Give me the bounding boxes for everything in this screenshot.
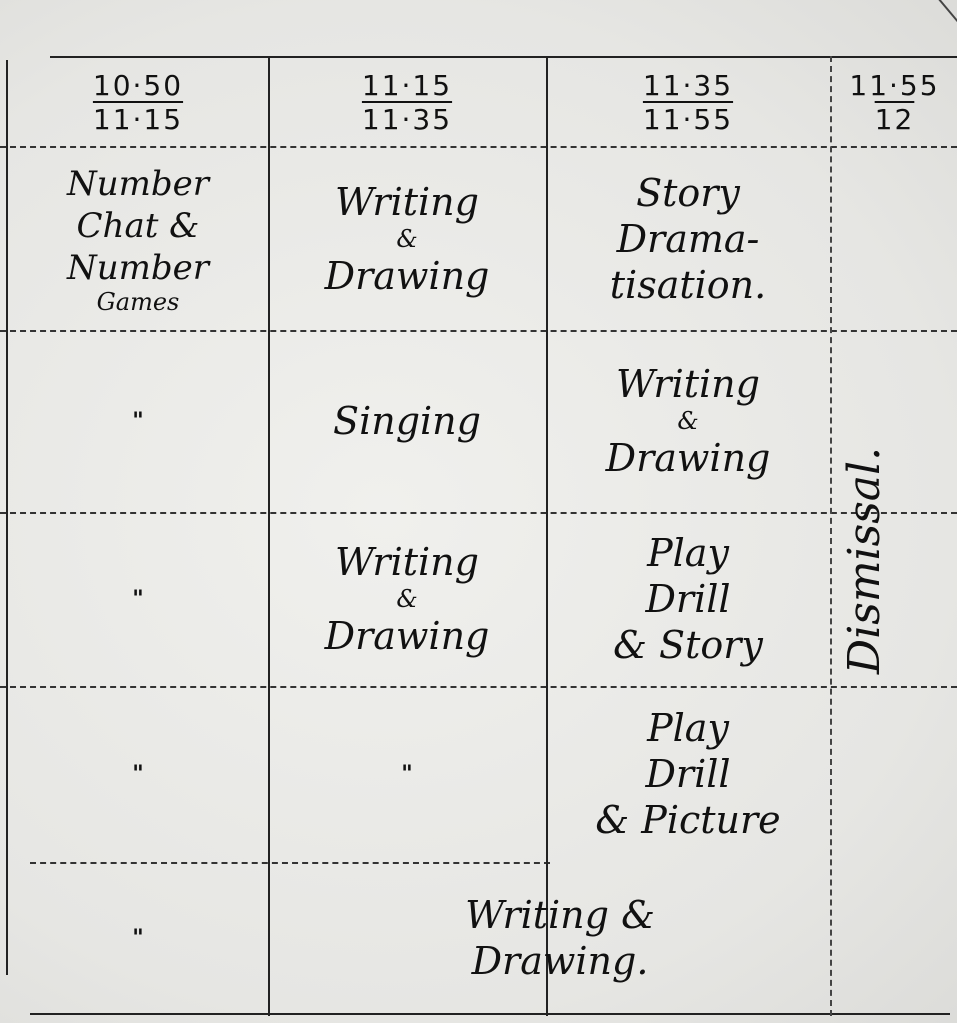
header-col-2: 11·15 11·35 (270, 62, 544, 144)
ditto-mark: " (132, 762, 143, 787)
cell-line: Drawing (606, 435, 771, 481)
cell-line: & (396, 585, 417, 613)
timetable-page: 10·50 11·15 11·15 11·35 11·35 11·55 11·5… (0, 0, 957, 1023)
cell-line: Drill (645, 751, 730, 797)
cell-line: Singing (333, 398, 481, 444)
time-to: 11·55 (643, 103, 733, 137)
header-col-3: 11·35 11·55 (548, 62, 828, 144)
cell-line: Writing (616, 361, 760, 407)
row2-col2: Singing (270, 332, 544, 510)
row4-col2-ditto: " (270, 688, 544, 860)
corner-pen-line (930, 0, 957, 36)
time-from: 10·50 (93, 69, 183, 103)
header-rule (0, 146, 957, 148)
col-divider-3 (830, 56, 832, 1016)
time-from: 11·15 (362, 69, 452, 103)
cell-line: & (677, 407, 698, 435)
cell-line: tisation. (610, 262, 766, 308)
cell-line: & (396, 225, 417, 253)
cell-line: Story (636, 170, 740, 216)
row3-col1-ditto: " (10, 514, 266, 684)
time-to: 11·35 (362, 103, 452, 137)
dismissal-column: Dismissal. (835, 330, 895, 790)
row2-col1-ditto: " (10, 332, 266, 510)
header-col-4: 11·55 12 (832, 62, 957, 144)
cell-line: Writing (335, 539, 479, 585)
cell-line: Writing & (465, 892, 655, 938)
time-to: 12 (875, 103, 915, 137)
row3-col3: Play Drill & Story (548, 514, 828, 684)
row2-col3: Writing & Drawing (548, 332, 828, 510)
ditto-mark: " (132, 926, 143, 951)
row4-col1-ditto: " (10, 688, 266, 860)
header-col-1: 10·50 11·15 (10, 62, 266, 144)
row4-col3: Play Drill & Picture (548, 688, 828, 860)
time-from: 11·35 (643, 69, 733, 103)
cell-line: Play (647, 530, 729, 576)
cell-line: Play (647, 705, 729, 751)
time-to: 11·15 (93, 103, 183, 137)
ditto-mark: " (401, 762, 412, 787)
time-from: 11·55 (849, 69, 939, 103)
cell-line: Number (67, 247, 209, 289)
ditto-mark: " (132, 587, 143, 612)
row1-col1: Number Chat & Number Games (10, 150, 266, 328)
cell-line: Drawing (325, 613, 490, 659)
cell-line: Drill (645, 576, 730, 622)
top-rule (50, 56, 957, 58)
ditto-mark: " (132, 409, 143, 434)
cell-line: Drama- (617, 216, 760, 262)
row5-col23-merged: Writing & Drawing. (370, 864, 750, 1012)
cell-line: Drawing (325, 253, 490, 299)
bottom-rule (30, 1013, 950, 1015)
row1-col3: Story Drama- tisation. (548, 150, 828, 328)
cell-line: Drawing. (472, 938, 649, 984)
cell-line: Chat & (77, 205, 200, 247)
cell-line: & Picture (595, 797, 780, 843)
row1-col2: Writing & Drawing (270, 150, 544, 328)
cell-line: & Story (613, 622, 763, 668)
row5-col1-ditto: " (10, 864, 266, 1012)
cell-line: Games (97, 289, 180, 315)
left-border (6, 60, 8, 975)
dismissal-label: Dismissal. (840, 446, 891, 673)
cell-line: Number (67, 163, 209, 205)
cell-line: Writing (335, 179, 479, 225)
row3-col2: Writing & Drawing (270, 514, 544, 684)
